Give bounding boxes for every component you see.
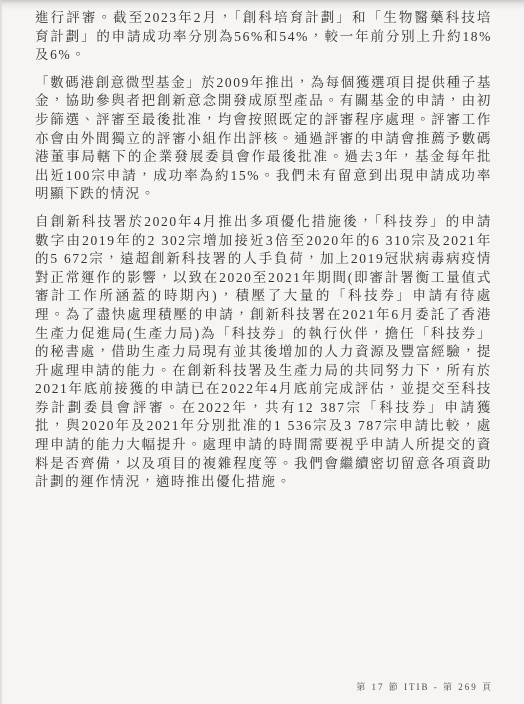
document-text-block: 進行評審。截至2023年2月，「創科培育計劃」和「生物醫藥科技培育計劃」的申請成… — [35, 9, 492, 501]
paragraph-technology-voucher: 自創新科技署於2020年4月推出多項優化措施後，「科技券」的申請數字由2019年… — [35, 213, 492, 492]
page-footer: 第 17 節 ITIB - 第 269 頁 — [356, 680, 493, 693]
paragraph-cyberport-micro-fund: 「數碼港創意微型基金」於2009年推出，為每個獲選項目提供種子基金，協助參與者把… — [35, 74, 492, 204]
paragraph-funding-success-rate: 進行評審。截至2023年2月，「創科培育計劃」和「生物醫藥科技培育計劃」的申請成… — [35, 9, 492, 65]
document-page: 進行評審。截至2023年2月，「創科培育計劃」和「生物醫藥科技培育計劃」的申請成… — [0, 0, 524, 704]
